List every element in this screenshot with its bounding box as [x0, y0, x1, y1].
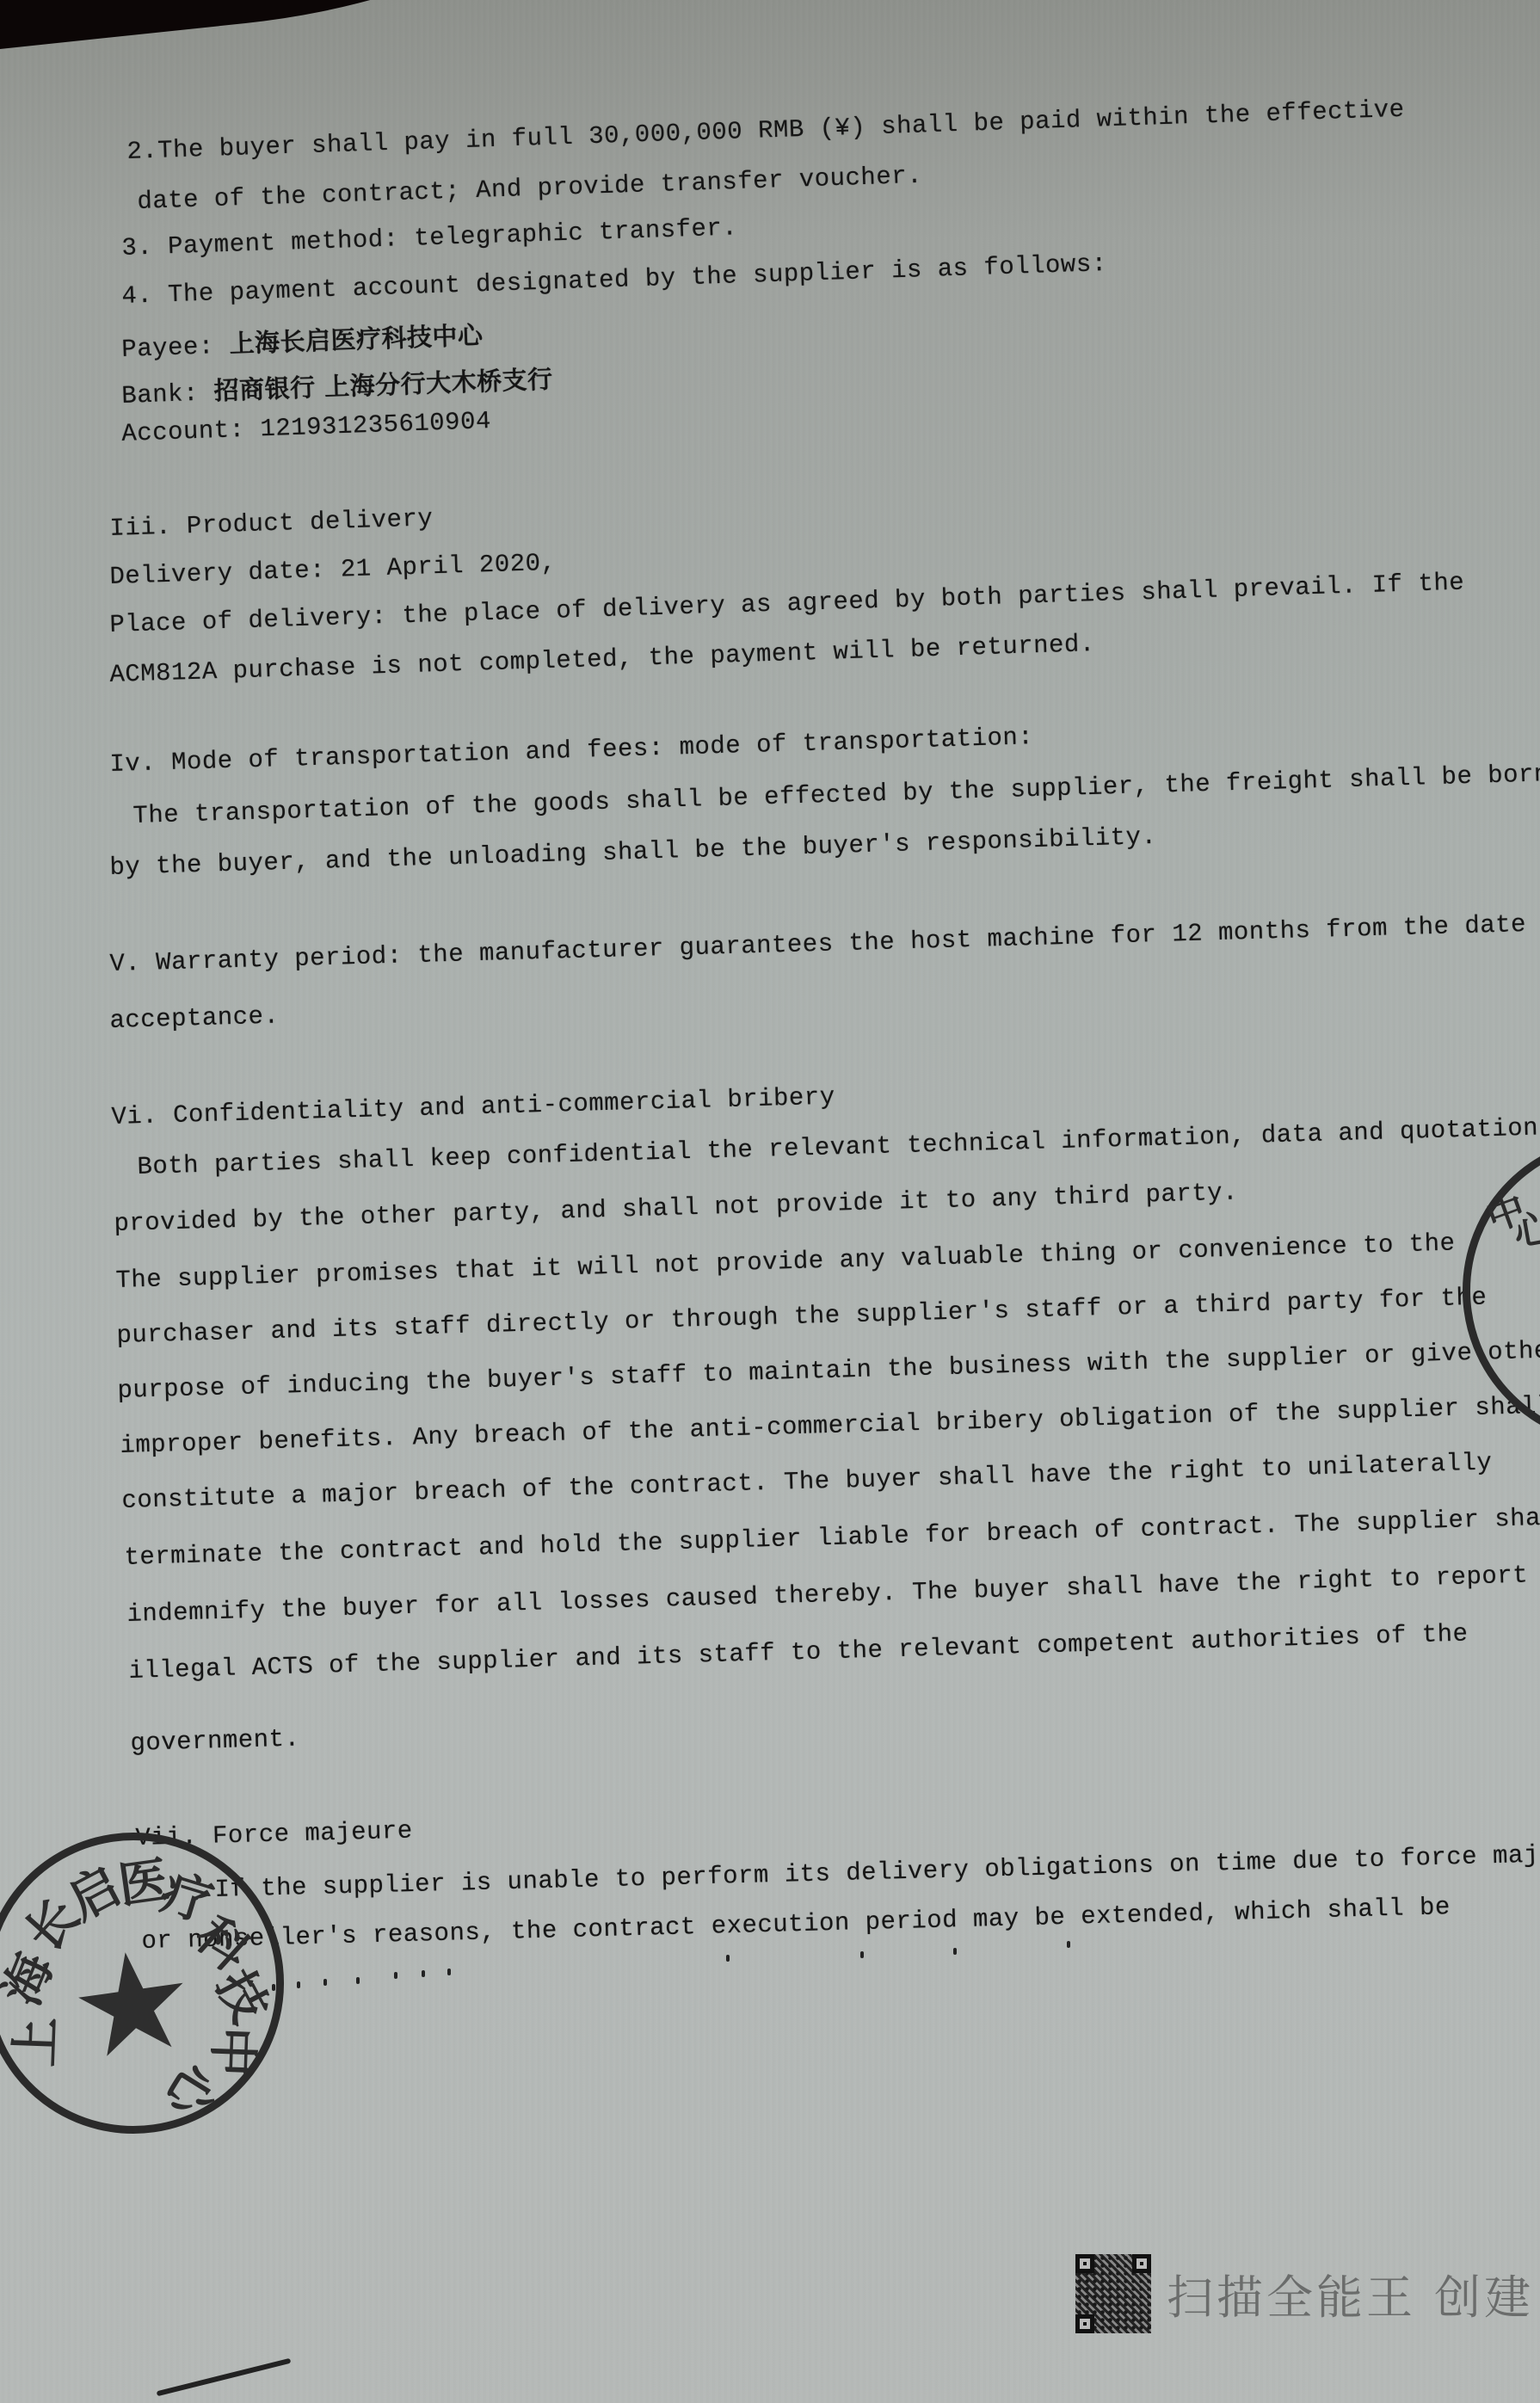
seal-character: 心 [1509, 1197, 1540, 1258]
seal-character: 上 [0, 2016, 68, 2068]
qr-code-icon [1075, 2254, 1151, 2333]
print-mark [447, 1969, 451, 1975]
seal-character: 中 [200, 2026, 274, 2079]
print-mark [356, 1977, 360, 1984]
scanner-watermark: 扫描全能王 创建 [1075, 2254, 1534, 2333]
print-mark [394, 1972, 397, 1979]
watermark-text: 扫描全能王 创建 [1167, 2261, 1534, 2327]
section-v-line-2: acceptance. [109, 1002, 280, 1035]
print-mark [953, 1948, 957, 1955]
print-mark [422, 1970, 425, 1977]
section-vi-line: government. [130, 1725, 300, 1758]
account-label: Account: [121, 416, 245, 448]
bank-label: Bank: [121, 379, 200, 410]
print-mark [726, 1955, 730, 1962]
payee-label: Payee: [121, 332, 215, 364]
print-mark [323, 1979, 327, 1986]
print-mark [1067, 1941, 1070, 1948]
print-mark [297, 1981, 300, 1988]
print-mark [860, 1951, 864, 1958]
